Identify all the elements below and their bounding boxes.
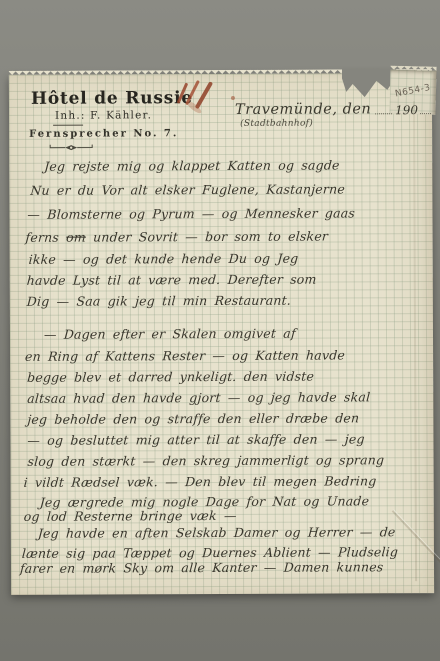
handwriting-line: og lod Resterne bringe væk — [23,508,237,524]
handwriting-line: farer en mørk Sky om alle Kanter — Damen… [20,559,384,576]
handwriting-line: begge blev et darred ynkeligt. den vidst… [27,369,315,385]
handwriting-line: altsaa hvad den havde gjort — og jeg hav… [27,389,371,406]
handwriting-line: Jeg rejste mig og klappet Katten og sagd… [44,157,340,173]
handwriting-line: — og besluttet mig atter til at skaffe d… [27,431,365,447]
handwriting-line: lænte sig paa Tæppet og Duernes Ablient … [21,544,398,561]
handwriting-line: Dig — Saa gik jeg til min Restaurant. [26,293,291,309]
letter-sheet: N654-3 Hôtel de Russie Inh.: F. Kähler. … [9,73,434,595]
handwriting-line: jeg beholde den og straffe den eller dræ… [27,410,360,426]
handwriting-line: ferns om under Sovrit — bor som to elske… [25,229,329,245]
handwriting-line: i vildt Rædsel væk. — Den blev til megen… [23,473,377,490]
handwriting-line: Jeg havde en aften Selskab Damer og Herr… [37,524,396,541]
handwriting-line: en Ring af Kattens Rester — og Katten ha… [25,347,346,363]
handwriting-line: — Blomsterne og Pyrum — og Mennesker gaa… [27,205,356,221]
handwriting-line: Nu er du Vor alt elsker Fuglene, Kastanj… [30,181,346,197]
handwriting: Jeg rejste mig og klappet Katten og sagd… [9,73,434,595]
handwriting-line: slog den stærkt — den skreg jammerligt o… [27,452,385,469]
handwriting-line: havde Lyst til at være med. Derefter som [26,272,317,288]
handwriting-line: ikke — og det kunde hende Du og Jeg [28,251,299,267]
handwriting-line: — Dagen efter er Skalen omgivet af [44,326,297,342]
